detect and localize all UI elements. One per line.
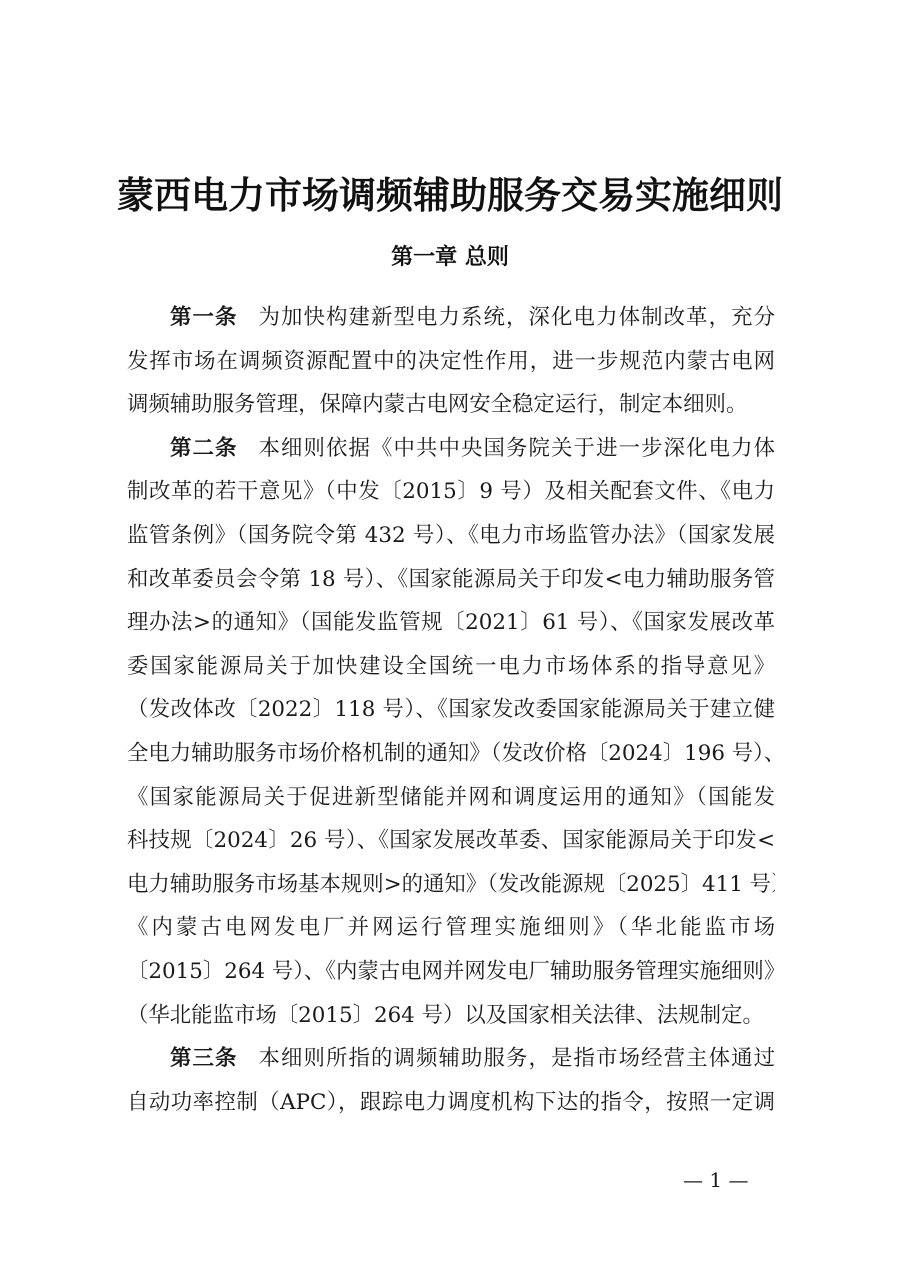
article-2-line-13: 〔2015〕264 号）、《内蒙古电网并网发电厂辅助服务管理实施细则》 (127, 950, 775, 994)
article-2-line-1: 第二条本细则依据《中共中央国务院关于进一步深化电力体 (127, 427, 775, 471)
article-2-line-2: 制改革的若干意见》（中发〔2015〕9 号）及相关配套文件、《电力 (127, 470, 775, 514)
chapter-heading: 第一章 总则 (0, 240, 900, 271)
article-1-line-1: 第一条为加快构建新型电力系统，深化电力体制改革，充分 (127, 296, 775, 340)
document-body: 第一条为加快构建新型电力系统，深化电力体制改革，充分 发挥市场在调频资源配置中的… (127, 296, 775, 1124)
document-title: 蒙西电力市场调频辅助服务交易实施细则 (0, 165, 900, 219)
article-3-line-1: 第三条本细则所指的调频辅助服务，是指市场经营主体通过 (127, 1037, 775, 1081)
article-2-line-12: 《内蒙古电网发电厂并网运行管理实施细则》（华北能监市场 (127, 906, 775, 950)
article-text: 本细则所指的调频辅助服务，是指市场经营主体通过 (259, 1046, 775, 1071)
article-label: 第一条 (170, 305, 238, 330)
article-text: 为加快构建新型电力系统，深化电力体制改革，充分 (259, 305, 775, 330)
article-3-line-2: 自动功率控制（APC），跟踪电力调度机构下达的指令，按照一定调 (127, 1081, 775, 1125)
article-2-line-5: 理办法>的通知》（国能发监管规〔2021〕61 号）、《国家发展改革 (127, 601, 775, 645)
article-1-line-2: 发挥市场在调频资源配置中的决定性作用，进一步规范内蒙古电网 (127, 340, 775, 384)
article-2-line-4: 和改革委员会令第 18 号）、《国家能源局关于印发<电力辅助服务管 (127, 558, 775, 602)
article-label: 第三条 (170, 1046, 238, 1071)
document-page: 蒙西电力市场调频辅助服务交易实施细则 第一章 总则 第一条为加快构建新型电力系统… (0, 0, 900, 1272)
article-label: 第二条 (170, 436, 238, 461)
page-number: — 1 — (683, 1168, 748, 1192)
article-1-line-3: 调频辅助服务管理，保障内蒙古电网安全稳定运行，制定本细则。 (127, 383, 775, 427)
article-2-line-3: 监管条例》（国务院令第 432 号）、《电力市场监管办法》（国家发展 (127, 514, 775, 558)
article-2-line-8: 全电力辅助服务市场价格机制的通知》（发改价格〔2024〕196 号）、 (127, 732, 775, 776)
article-text: 本细则依据《中共中央国务院关于进一步深化电力体 (259, 436, 775, 461)
article-2-line-7: （发改体改〔2022〕118 号）、《国家发改委国家能源局关于建立健 (127, 688, 775, 732)
article-2-line-6: 委国家能源局关于加快建设全国统一电力市场体系的指导意见》 (127, 645, 775, 689)
article-2-line-10: 科技规〔2024〕26 号）、《国家发展改革委、国家能源局关于印发< (127, 819, 775, 863)
article-2-line-14: （华北能监市场〔2015〕264 号）以及国家相关法律、法规制定。 (127, 994, 775, 1038)
article-2-line-9: 《国家能源局关于促进新型储能并网和调度运用的通知》（国能发 (127, 776, 775, 820)
article-2-line-11: 电力辅助服务市场基本规则>的通知》（发改能源规〔2025〕411 号）、 (127, 863, 775, 907)
